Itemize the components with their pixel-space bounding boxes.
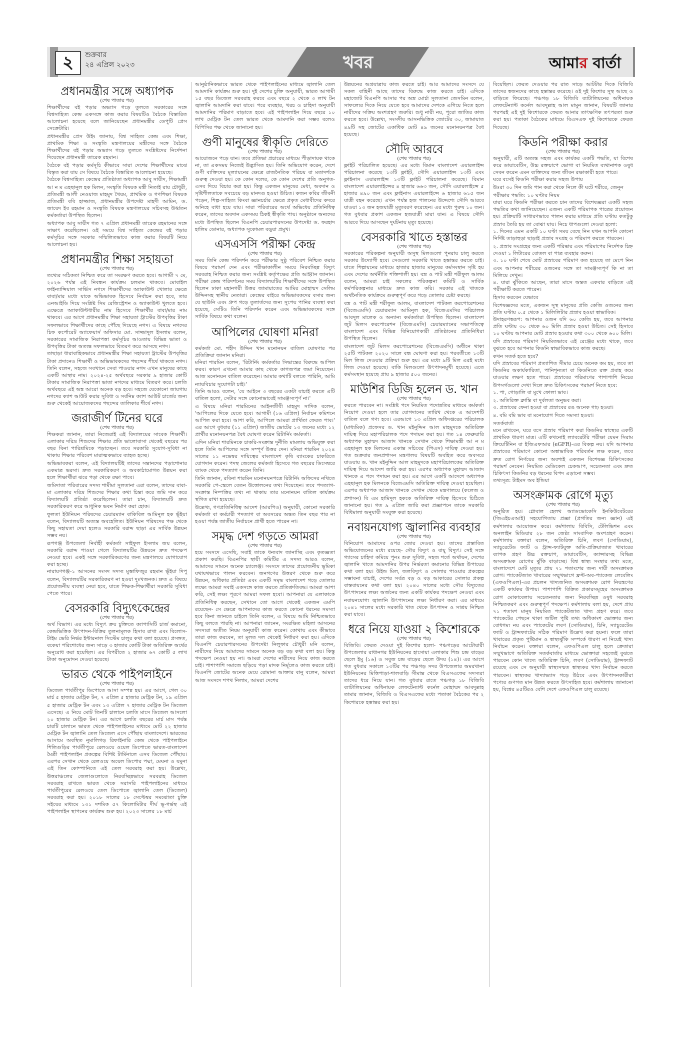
article-paragraph: সতর্কবার্তা [493,421,633,428]
article-headline[interactable]: বেসরকারি খাতে হস্তান্তর [344,230,484,244]
article: এসএসসি পরীক্ষা কেন্দ্র(শেষ পাতার পর)সময়… [195,237,335,322]
continued-label: (শেষ পাতার পর) [47,266,187,273]
continued-label: (শেষ পাতার পর) [493,149,633,156]
column-divider [340,82,341,987]
article: গুণী মানুষের স্বীকৃতি দেরিতে(শেষ পাতার প… [195,135,335,234]
article: ধরে নিয়ে যাওয়া ২ কিশোরকে(শেষ পাতার পর)… [344,622,484,707]
article-headline[interactable]: ভারত থেকে পাইপলাইনে [47,667,187,681]
article-paragraph: এদিন মনিরা শারমিনকে চাকরি-সংক্রান্ত দুর্… [195,440,335,475]
article: মাউশির ডিজি হলেন ড. খান(শেষ পাতার পর)করত… [344,382,484,517]
article-paragraph: ফ্লাইট পরিচালিত হয়েছে। এর মধ্যে বিমান ব… [344,163,484,227]
article-paragraph: ৩. প্রস্রাবের ফেনা হওয়া বা প্রস্রাবের র… [493,405,633,412]
article-paragraph: নারায়ণগঞ্জ-১ আসনের সংসদ সদস্য মুস্তাফিজ… [47,569,187,597]
continued-label: (শেষ পাতার পর) [195,251,335,258]
continued-label: (শেষ পাতার পর) [195,339,335,346]
article-paragraph: শিক্ষার্থীদের বই পড়ার অভ্যাস গড়ে তুলতে… [47,105,187,133]
masthead: ২ শুক্রবার ২৪ এপ্রিল ২০২৩ খবর আমার বার্ত… [47,47,635,77]
article: সমৃদ্ধ দেশ গড়তে আমরা(শেষ পাতার পর)হয়ে … [195,529,335,685]
article-headline[interactable]: ধরে নিয়ে যাওয়া ২ কিশোরকে [344,622,484,636]
continued-label: (শেষ পাতার পর) [195,149,335,156]
article: উন্নয়নের অগ্রযাত্রায় কাজ করতে চাই। আর … [344,82,484,139]
article-paragraph: তাছাড়া ধারাবাহিকভাবে প্রধানমন্ত্রীর শিক… [47,351,187,408]
article-paragraph: মনিরা শারমিন বলেন, 'রিটার্নিং কর্মকর্তার… [195,360,335,388]
article-paragraph: বস্ত্র ও পাট মন্ত্রী শরীফুল আলম, বাংলাদে… [344,301,484,344]
column-divider [489,82,490,987]
article-headline[interactable]: জরাজীর্ণ টিনের ঘরে [47,411,187,425]
article-paragraph: বৈঠকে বিশ্বসাহিত্য কেন্দ্রের প্রতিষ্ঠাতা… [47,177,187,220]
article-paragraph: উঃরা ৩০ দিন জমি পান করা থেকে নিলে কী ঘটে… [493,185,633,192]
article-paragraph: ডিজেল পার্বতীপুর ডিপোতে আসা সম্পন্ন হয়।… [47,688,187,816]
article-headline[interactable]: প্রধানমন্ত্রীর সঙ্গে অধ্যাপক [47,84,187,98]
article-paragraph: তিনি আরও বলেন, 'যে আইনে ৩ বছরের একটা যাচ… [195,389,335,403]
logo-part2: বার্তা [587,54,621,72]
article-paragraph: যদি প্রস্রাবের পরিমাণ প্রত্যাশিত সীমার চ… [493,361,633,389]
article-paragraph: এ বিষয়ে মনিরা শারমিনের আইনজীবী মাহমুদ স… [195,404,335,439]
article-paragraph: হিসাব করবেন যেভাবে [493,295,633,302]
article-paragraph: তিনি জানান, রবিনা শারমিন মনোনয়নপত্রে রি… [195,476,335,504]
issue-date: শুক্রবার ২৪ এপ্রিল ২০২৩ [85,50,135,70]
article-headline[interactable]: অসংক্রামক রোগে মৃত্যু [493,488,633,502]
article: ভারত থেকে পাইপলাইনে(শেষ পাতার পর)ডিজেল প… [47,667,187,816]
article-paragraph: আয়োজনে পড়ে যান। তবে প্রতিভা প্রচারের ম… [195,156,335,234]
article: নবায়নযোগ্য জ্বালানির ব্যবহার(শেষ পাতার … [344,520,484,619]
article-paragraph: বিশেষজ্ঞদের মতে, একজন সুস্থ মানুষের প্রত… [493,303,633,317]
continued-label: (শেষ পাতার পর) [344,636,484,643]
column-3: উন্নয়নের অগ্রযাত্রায় কাজ করতে চাই। আর … [344,82,484,710]
article-headline[interactable]: সমৃদ্ধ দেশ গড়তে আমরা [195,529,335,543]
article: আপিলের ঘোষণা মনিরা(শেষ পাতার পর)কর্মকর্ত… [195,325,335,526]
article-paragraph: হয়ে সংসদে এসেছি, সবাই তাকে ধন্যবাদ জানা… [195,550,335,685]
article: সৌদি আরবে(শেষ পাতার পর)ফ্লাইট পরিচালিত হ… [344,142,484,227]
article-paragraph: কখন সতর্ক হতে হবে? [493,354,633,361]
date: ২৪ এপ্রিল ২০২৩ [85,60,135,70]
continued-label: (শেষ পাতার পর) [344,534,484,541]
article-paragraph: অধ্যাপক আবু সায়ীদ গত ৭ এপ্রিল প্রধানমন্… [47,221,187,249]
continued-label: (শেষ পাতার পর) [344,156,484,163]
article-paragraph: ঘরে বসেই কিডনি পরীক্ষা করার সহজ উপায় [493,177,633,184]
section-title: খবর [287,50,429,78]
article-headline[interactable]: আপিলের ঘোষণা মনিরা [195,325,335,339]
article-paragraph: ১. দিনের এমন একটি ১০ ঘণ্টা সময় বেছে নিন… [493,229,633,243]
article: বেসরকারি খাতে হস্তান্তর(শেষ পাতার পর)সরক… [344,230,484,380]
article-paragraph: তথ্যসূত্র: টাইমস অব ইন্ডিয়া [493,478,633,485]
article-paragraph: ২. অতিরিক্ত ক্লান্তি বা দুর্বলতা অনুভব ক… [493,398,633,405]
article-paragraph: ৩. ১০ ঘণ্টা শেষে মোট প্রস্রাবের পরিমাণ ক… [493,258,633,279]
column-2: আনুষ্ঠানিকভাবে ভারত থেকে পাইপলাইনের মাধ্… [195,82,335,688]
article: প্রধানমন্ত্রীর সঙ্গে অধ্যাপক(শেষ পাতার প… [47,84,187,249]
article-paragraph: অর্থ বিভাগ। এর মধ্যে বিদ্যুৎ ক্রয় চুক্ত… [47,622,187,665]
article-paragraph: সরকারের পরিকল্পনা অনুযায়ী অসুস্থ মিলগুল… [344,251,484,301]
article: বিয়েছিল। ফেরত দেওয়ার পর রাত সাড়ে আটটা… [493,82,633,132]
article-paragraph: যারা ঘরে কিডনি পরীক্ষা করতে চান তাদের বি… [493,200,633,228]
article-paragraph: তথ্যের সঠিকতা নিশ্চিত করে তা সংরক্ষণ করত… [47,273,187,351]
article-headline[interactable]: গুণী মানুষের স্বীকৃতি দেরিতে [195,135,335,149]
article-paragraph: রূপগঞ্জ উপজেলা নির্বাহী কর্মকর্তা সাইফুল… [47,541,187,569]
article-paragraph: ২. প্রস্রাব সংগ্রহের জন্য একটি পরিষ্কার … [493,244,633,258]
article-paragraph: যদি প্রস্রাবের পরিমাণ নিয়মিতভাবে এই রেঞ… [493,339,633,353]
article-paragraph: উদাহরণস্বরূপ: আপনার ওজন যদি ৬০ কেজি হয়,… [493,317,633,338]
article-paragraph: শিক্ষকরা জানান, তারা নিজেরাই এই বিদ্যালয… [47,432,187,460]
article-paragraph: অনুষ্ঠিত হয়। গ্লোবাল হেলথ অ্যাডভোকেসি ই… [493,509,633,693]
newspaper-page: ২ শুক্রবার ২৪ এপ্রিল ২০২৩ খবর আমার বার্ত… [47,47,635,987]
continued-label: (শেষ পাতার পর) [195,543,335,550]
article-paragraph: সময় তিনি কেন্দ্র পরিদর্শন করে পরীক্ষার … [195,258,335,322]
article: প্রধানমন্ত্রীর শিক্ষা সহায়তা(শেষ পাতার … [47,252,187,408]
article-paragraph: আনুষ্ঠানিকভাবে ভারত থেকে পাইপলাইনের মাধ্… [195,82,335,132]
article-paragraph: অভিভাবকরা বলেন, এই বিদ্যালয়টিই তাদের সন… [47,461,187,482]
column-1: প্রধানমন্ত্রীর সঙ্গে অধ্যাপক(শেষ পাতার প… [47,82,187,819]
continued-label: (শেষ পাতার পর) [47,615,187,622]
article: অসংক্রামক রোগে মৃত্যু(শেষ পাতার পর)অনুষ্… [493,488,633,693]
article-headline[interactable]: সৌদি আরবে [344,142,484,156]
newspaper-logo: আমার বার্তা [549,52,621,77]
article-paragraph: বিনিয়োগ আমাদের ওপর জোর দেওয়া হয়। তাদে… [344,541,484,619]
column-divider [191,82,192,987]
continued-label: (শেষ পাতার পর) [344,244,484,251]
article: জরাজীর্ণ টিনের ঘরে(শেষ পাতার পর)শিক্ষকরা… [47,411,187,598]
logo-part1: আমা [549,54,579,72]
page-number: ২ [55,51,81,75]
article-paragraph: উন্নয়নের অগ্রযাত্রায় কাজ করতে চাই। আর … [344,82,484,139]
article: আনুষ্ঠানিকভাবে ভারত থেকে পাইপলাইনের মাধ্… [195,82,335,132]
article-paragraph: বৈঠকে বই পড়ার কর্মসূচি কীভাবে সারা দেশে… [47,163,187,177]
article-paragraph: পরীক্ষার পদ্ধতি: ১০ ঘণ্টার নিয়ম [493,193,633,200]
article-headline[interactable]: কিডনি পরীক্ষা করার [493,135,633,149]
article-headline[interactable]: বেসরকারি বিদ্যুৎকেন্দ্রের [47,601,187,615]
article-paragraph: ৪. যারা ঝুঁকিতে আছেন, তারা মাসে অন্তত এক… [493,280,633,294]
article: বেসরকারি বিদ্যুৎকেন্দ্রের(শেষ পাতার পর)অ… [47,601,187,665]
weekday: শুক্রবার [85,50,135,60]
article-paragraph: উল্লেখ্য, গণপ্রতিনিধিত্ব আদেশ (আরপিও) অন… [195,505,335,526]
article-headline[interactable]: এসএসসি পরীক্ষা কেন্দ্র [195,237,335,251]
article-paragraph: বাংলাদেশ জুট মিলস করপোরেশনের (বিজেএমসি) … [344,344,484,379]
article-paragraph: বিজিবি। ফেরত দেওয়া দুই কিশোর হলো- পঞ্চগ… [344,643,484,707]
article-paragraph: অনুযায়ী, এটি অত্যন্ত সহজ এবং কার্যকর এক… [493,156,633,177]
article-paragraph: ১. পা, গোড়ালি বা মুখে ফোলা ভাব। [493,390,633,397]
article-headline[interactable]: প্রধানমন্ত্রীর শিক্ষা সহায়তা [47,252,187,266]
article-paragraph: করতে পারবেন না। সংশ্লিষ্ট পদে নিয়মিত পদ… [344,403,484,517]
continued-label: (শেষ পাতার পর) [47,98,187,105]
article-paragraph: প্রধানমন্ত্রীর প্রেস উইং জানায়, বিশ্ব স… [47,134,187,162]
article-paragraph: মনে রাখবেন, ঘরে বসে প্রস্রাব পরিমাপ করা … [493,428,633,478]
article-paragraph: ৪. বমি বমি ভাব বা মনোযোগ দিতে সমস্যা হওয… [493,413,633,420]
article-paragraph: ফুলতা ইউনিয়ন পরিষদের চেয়ারম্যান বাকিবি… [47,512,187,540]
column-4: বিয়েছিল। ফেরত দেওয়ার পর রাত সাড়ে আটটা… [493,82,633,697]
article: কিডনি পরীক্ষা করার(শেষ পাতার পর)অনুযায়ী… [493,135,633,486]
article-headline[interactable]: মাউশির ডিজি হলেন ড. খান [344,382,484,396]
article-paragraph: জমিদাতা পরিবারের সদস্য শামীমা সুলতানা এর… [47,483,187,511]
article-paragraph: বিয়েছিল। ফেরত দেওয়ার পর রাত সাড়ে আটটা… [493,82,633,132]
article-headline[interactable]: নবায়নযোগ্য জ্বালানির ব্যবহার [344,520,484,534]
article-paragraph: কর্মকর্তা মো. শহীদ উদ্দিন খান মনোনয়ন বা… [195,346,335,360]
